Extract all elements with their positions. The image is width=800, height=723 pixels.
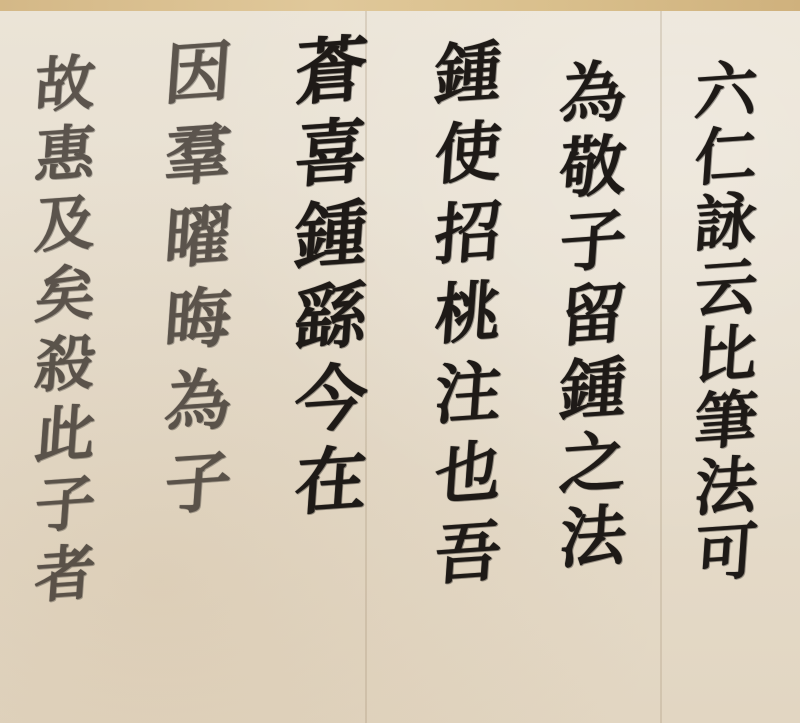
calligraphy-character: 子 <box>162 448 233 518</box>
calligraphy-character: 矣 <box>33 263 98 327</box>
calligraphy-character: 筆 <box>693 388 760 454</box>
calligraphy-character: 殺 <box>33 333 98 397</box>
calligraphy-character: 子 <box>33 473 98 537</box>
calligraphy-character: 曜 <box>162 202 233 272</box>
calligraphy-character: 今 <box>292 361 370 438</box>
calligraphy-character: 可 <box>693 520 760 586</box>
calligraphy-character: 喜 <box>292 115 370 192</box>
calligraphy-character: 仁 <box>693 124 760 190</box>
calligraphy-character: 惠 <box>33 123 98 187</box>
calligraphy-column-6: 故惠及矣殺此子者 <box>30 55 100 615</box>
calligraphy-character: 比 <box>693 322 760 388</box>
calligraphy-character: 注 <box>432 358 503 428</box>
calligraphy-character: 故 <box>33 53 98 117</box>
calligraphy-character: 詠 <box>693 190 760 256</box>
calligraphy-character: 云 <box>693 256 760 322</box>
calligraphy-character: 為 <box>557 58 628 128</box>
calligraphy-character: 留 <box>557 280 628 350</box>
calligraphy-column-5: 因羣曜晦為子 <box>160 40 236 532</box>
calligraphy-character: 蒼 <box>292 33 370 110</box>
calligraphy-character: 因 <box>162 38 233 108</box>
calligraphy-character: 法 <box>557 502 628 572</box>
calligraphy-character: 羣 <box>162 120 233 190</box>
calligraphy-character: 使 <box>432 118 503 188</box>
paper-seam <box>660 11 662 723</box>
calligraphy-character: 者 <box>33 543 98 607</box>
calligraphy-character: 桃 <box>432 278 503 348</box>
calligraphy-character: 也 <box>432 438 503 508</box>
calligraphy-character: 晦 <box>162 284 233 354</box>
calligraphy-character: 子 <box>557 206 628 276</box>
calligraphy-character: 鍾 <box>432 38 503 108</box>
paper-sheet <box>0 11 800 723</box>
calligraphy-photo: 六仁詠云比筆法可 為敬子留鍾之法 鍾使招桃注也吾 蒼喜鍾繇今在 因羣曜晦為子 故… <box>0 0 800 723</box>
calligraphy-column-2: 為敬子留鍾之法 <box>555 60 631 578</box>
calligraphy-column-3: 鍾使招桃注也吾 <box>430 40 506 600</box>
calligraphy-character: 六 <box>693 58 760 124</box>
calligraphy-character: 在 <box>292 443 370 520</box>
calligraphy-character: 繇 <box>292 279 370 356</box>
calligraphy-character: 敬 <box>557 132 628 202</box>
calligraphy-character: 法 <box>693 454 760 520</box>
calligraphy-character: 吾 <box>432 518 503 588</box>
calligraphy-character: 之 <box>557 428 628 498</box>
calligraphy-character: 鍾 <box>292 197 370 274</box>
calligraphy-character: 此 <box>33 403 98 467</box>
calligraphy-character: 及 <box>33 193 98 257</box>
calligraphy-character: 招 <box>432 198 503 268</box>
calligraphy-character: 為 <box>162 366 233 436</box>
calligraphy-column-4: 蒼喜鍾繇今在 <box>290 35 372 527</box>
calligraphy-character: 鍾 <box>557 354 628 424</box>
calligraphy-column-1: 六仁詠云比筆法可 <box>690 60 762 588</box>
